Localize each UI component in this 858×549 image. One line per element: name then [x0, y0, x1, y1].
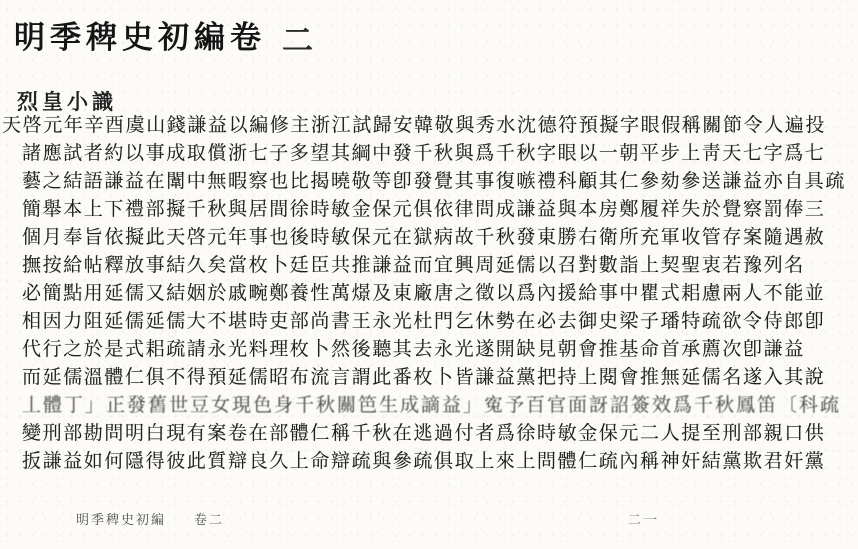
page-footer: 明季稗史初編卷二 二一	[0, 509, 858, 533]
text-line: 藝之結語謙益在闈中無暇察也比揭曉敬等卽發覺其事復嗾禮科顧其仁參劾參送謙益亦自具疏	[0, 168, 858, 196]
text-line: 扳謙益如何隱得彼此質辯良久上命辯疏與參疏俱取上來上問體仁疏內稱神奸結黨欺君奸黨	[0, 448, 858, 476]
footer-volume: 卷二	[194, 512, 224, 527]
book-title: 明季稗史初編卷二	[14, 12, 318, 57]
body-text-block: 天啓元年辛酉虞山錢謙益以編修主浙江試歸安韓敬與秀水沈德符預擬字眼假稱關節令人遍投…	[0, 112, 858, 476]
text-line: 變刑部勘問明白現有案卷在部體仁稱千秋在逃過付者爲徐時敏金保元二人提至刑部親口供	[0, 420, 858, 448]
text-line: 必簡點用延儒又結姻於戚畹鄭養性萬燝及東廠唐之徵以爲內援給事中瞿式耜慮兩人不能並	[0, 280, 858, 308]
text-line: 而延儒溫體仁俱不得預延儒昭布流言謂此番枚卜皆謙益黨把持上閱會推無延儒名遂入其說	[0, 364, 858, 392]
text-line: 撫按給帖釋放事結久矣當枚卜廷臣共推謙益而宜興周延儒以召對數詣上契聖衷若豫列名	[0, 252, 858, 280]
text-line: 代行之於是式耜疏請永光料理枚卜然後聽其去永光遂開缺見朝會推基命首承薦次卽謙益	[0, 336, 858, 364]
book-title-text: 明季稗史初編卷	[14, 20, 266, 55]
volume-number: 二	[282, 15, 318, 60]
footer-running-title: 明季稗史初編卷二	[76, 509, 224, 528]
text-line: 相因力阻延儒延儒大不堪時吏部尚書王永光杜門乞休勢在必去御史梁子璠特疏欲令侍郎卽	[0, 308, 858, 336]
text-line: 天啓元年辛酉虞山錢謙益以編修主浙江試歸安韓敬與秀水沈德符預擬字眼假稱關節令人遍投	[0, 112, 858, 140]
text-line: 諸應試者約以事成取償浙七子多望其綱中發千秋與爲千秋字眼以一朝平步上靑天七字爲七	[0, 140, 858, 168]
page-number: 二一	[628, 509, 660, 528]
text-line: 簡舉本上下禮部擬千秋與居間徐時敏金保元俱依律問成謙益與本房鄭履祥失於覺察罰俸三	[0, 196, 858, 224]
text-line: 個月奉旨依擬此天啓元年事也後時敏保元在獄病故千秋發東勝右衛所充軍收管存案隨遇赦	[0, 224, 858, 252]
footer-book-title: 明季稗史初編	[76, 512, 166, 527]
text-line-degraded: 丄體丁」正發舊世豆女現色身千秋關笆生成謫益」寃予百官面訝詔簽效爲千秋鳳笛〔科疏	[0, 392, 858, 420]
